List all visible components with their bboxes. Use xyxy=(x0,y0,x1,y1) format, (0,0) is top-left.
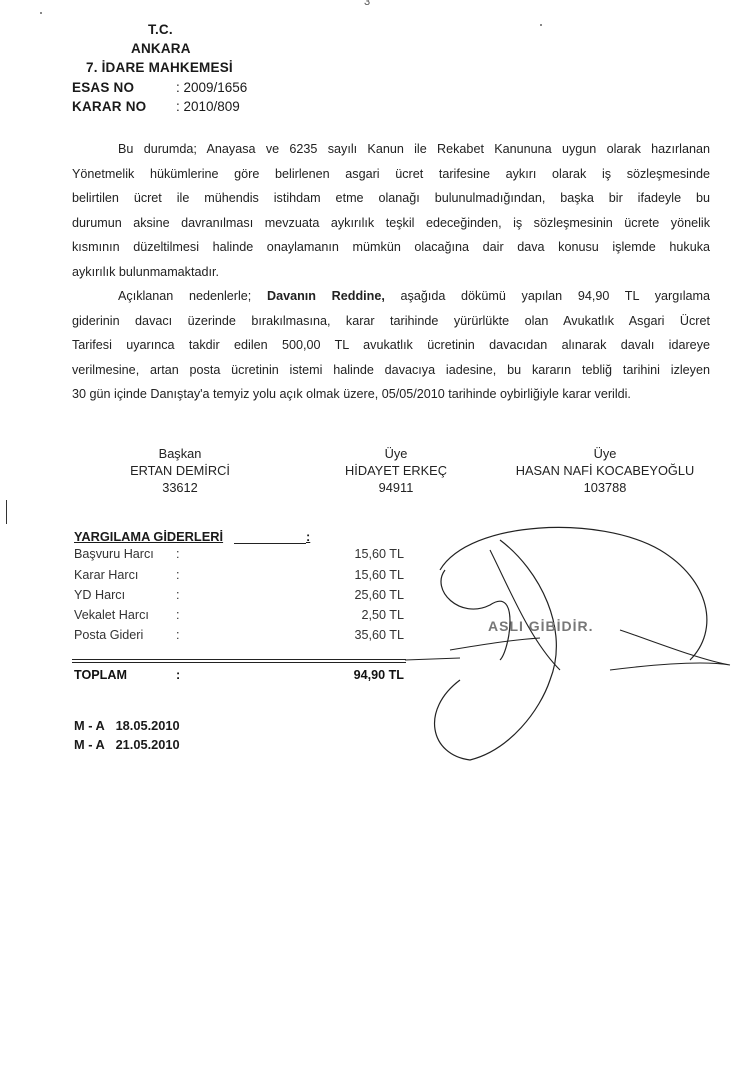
cost-colon: : xyxy=(176,628,180,642)
judgment-verdict: Davanın Reddine, xyxy=(267,289,385,303)
total-row: TOPLAM : 94,90 TL xyxy=(74,668,404,688)
paragraph-line: 30 gün içinde Danıştay'a temyiz yolu açı… xyxy=(72,382,710,407)
esas-label: ESAS NO xyxy=(72,80,134,95)
ma-date: 21.05.2010 xyxy=(116,737,180,752)
cost-amount: 15,60 TL xyxy=(355,568,404,582)
total-label: TOPLAM xyxy=(74,668,127,682)
paragraph-line: verilmesine, artan posta ücretinin istem… xyxy=(72,358,710,383)
header-city: ANKARA xyxy=(131,41,191,56)
judgment-rest: aşağıda dökümü yapılan 94,90 TL yargılam… xyxy=(385,289,710,303)
paragraph-judgment: Açıklanan nedenlerle; Davanın Reddine, a… xyxy=(72,284,710,407)
paragraph-line: giderinin davacı üzerinde bırakılmasına,… xyxy=(72,309,710,334)
cost-amount: 2,50 TL xyxy=(362,608,404,622)
page-number-mark: 3 xyxy=(364,0,370,8)
cost-label: YD Harcı xyxy=(74,588,125,602)
signature-president: Başkan ERTAN DEMİRCİ 33612 xyxy=(100,445,260,496)
scan-mark xyxy=(6,500,7,524)
cost-colon: : xyxy=(176,608,180,622)
total-divider xyxy=(72,662,406,663)
ma-entry: M - A 21.05.2010 xyxy=(74,737,180,752)
paragraph-line: Yönetmelik hükümlerine göre belirlenen a… xyxy=(72,162,710,187)
signature-member-1: Üye HİDAYET ERKEÇ 94911 xyxy=(316,445,476,496)
cost-label: Karar Harcı xyxy=(74,568,138,582)
paragraph-line: durumun aksine davranılması mevzuata ayk… xyxy=(72,211,710,236)
signature-member-2: Üye HASAN NAFİ KOCABEYOĞLU 103788 xyxy=(490,445,720,496)
signature-role: Üye xyxy=(490,445,720,462)
cost-row: Posta Gideri : 35,60 TL xyxy=(74,628,404,648)
header-court: 7. İDARE MAHKEMESİ xyxy=(86,60,233,75)
cost-label: Başvuru Harcı xyxy=(74,547,154,561)
paragraph-line: Açıklanan nedenlerle; Davanın Reddine, a… xyxy=(72,284,710,309)
ma-entry: M - A 18.05.2010 xyxy=(74,718,180,733)
ma-code: M - A xyxy=(74,737,112,752)
cost-amount: 25,60 TL xyxy=(355,588,404,602)
signature-number: 94911 xyxy=(316,479,476,496)
karar-value: : 2010/809 xyxy=(176,99,240,114)
signature-role: Başkan xyxy=(100,445,260,462)
cost-amount: 35,60 TL xyxy=(355,628,404,642)
signature-name: HİDAYET ERKEÇ xyxy=(316,462,476,479)
cost-colon: : xyxy=(176,588,180,602)
certified-copy-stamp: ASLI GİBİDİR. xyxy=(488,618,594,634)
paragraph-line: aykırılık bulunmamaktadır. xyxy=(72,260,710,285)
cost-row: YD Harcı : 25,60 TL xyxy=(74,588,404,608)
total-colon: : xyxy=(176,668,180,682)
cost-colon: : xyxy=(176,568,180,582)
ma-date: 18.05.2010 xyxy=(116,718,180,733)
ma-code: M - A xyxy=(74,718,112,733)
karar-label: KARAR NO xyxy=(72,99,146,114)
cost-label: Vekalet Harcı xyxy=(74,608,149,622)
paragraph-line: belirtilen ücret ile mühendis istihdam e… xyxy=(72,186,710,211)
cost-amount: 15,60 TL xyxy=(355,547,404,561)
signature-role: Üye xyxy=(316,445,476,462)
signature-name: ERTAN DEMİRCİ xyxy=(100,462,260,479)
cost-colon: : xyxy=(176,547,180,561)
handwritten-signature xyxy=(400,510,740,770)
signature-number: 33612 xyxy=(100,479,260,496)
total-divider xyxy=(72,659,406,660)
signature-number: 103788 xyxy=(490,479,720,496)
total-amount: 94,90 TL xyxy=(354,668,404,682)
cost-row: Vekalet Harcı : 2,50 TL xyxy=(74,608,404,628)
paragraph-line: Bu durumda; Anayasa ve 6235 sayılı Kanun… xyxy=(72,137,710,162)
judgment-prefix: Açıklanan nedenlerle; xyxy=(118,289,267,303)
title-underline xyxy=(234,543,306,544)
cost-row: Başvuru Harcı : 15,60 TL xyxy=(74,547,404,567)
header-country: T.C. xyxy=(148,22,173,37)
esas-value: : 2009/1656 xyxy=(176,80,247,95)
paragraph-line: Tarifesi uyarınca takdir edilen 500,00 T… xyxy=(72,333,710,358)
costs-title-colon: : xyxy=(306,529,310,544)
paragraph-line: kısmının düzeltilmesi halinde onaylamanı… xyxy=(72,235,710,260)
costs-title: YARGILAMA GİDERLERİ xyxy=(74,529,223,544)
cost-label: Posta Gideri xyxy=(74,628,143,642)
paragraph-reasoning: Bu durumda; Anayasa ve 6235 sayılı Kanun… xyxy=(72,137,710,285)
scan-speck xyxy=(540,24,542,26)
signature-name: HASAN NAFİ KOCABEYOĞLU xyxy=(490,462,720,479)
cost-row: Karar Harcı : 15,60 TL xyxy=(74,568,404,588)
scan-speck xyxy=(40,12,42,14)
